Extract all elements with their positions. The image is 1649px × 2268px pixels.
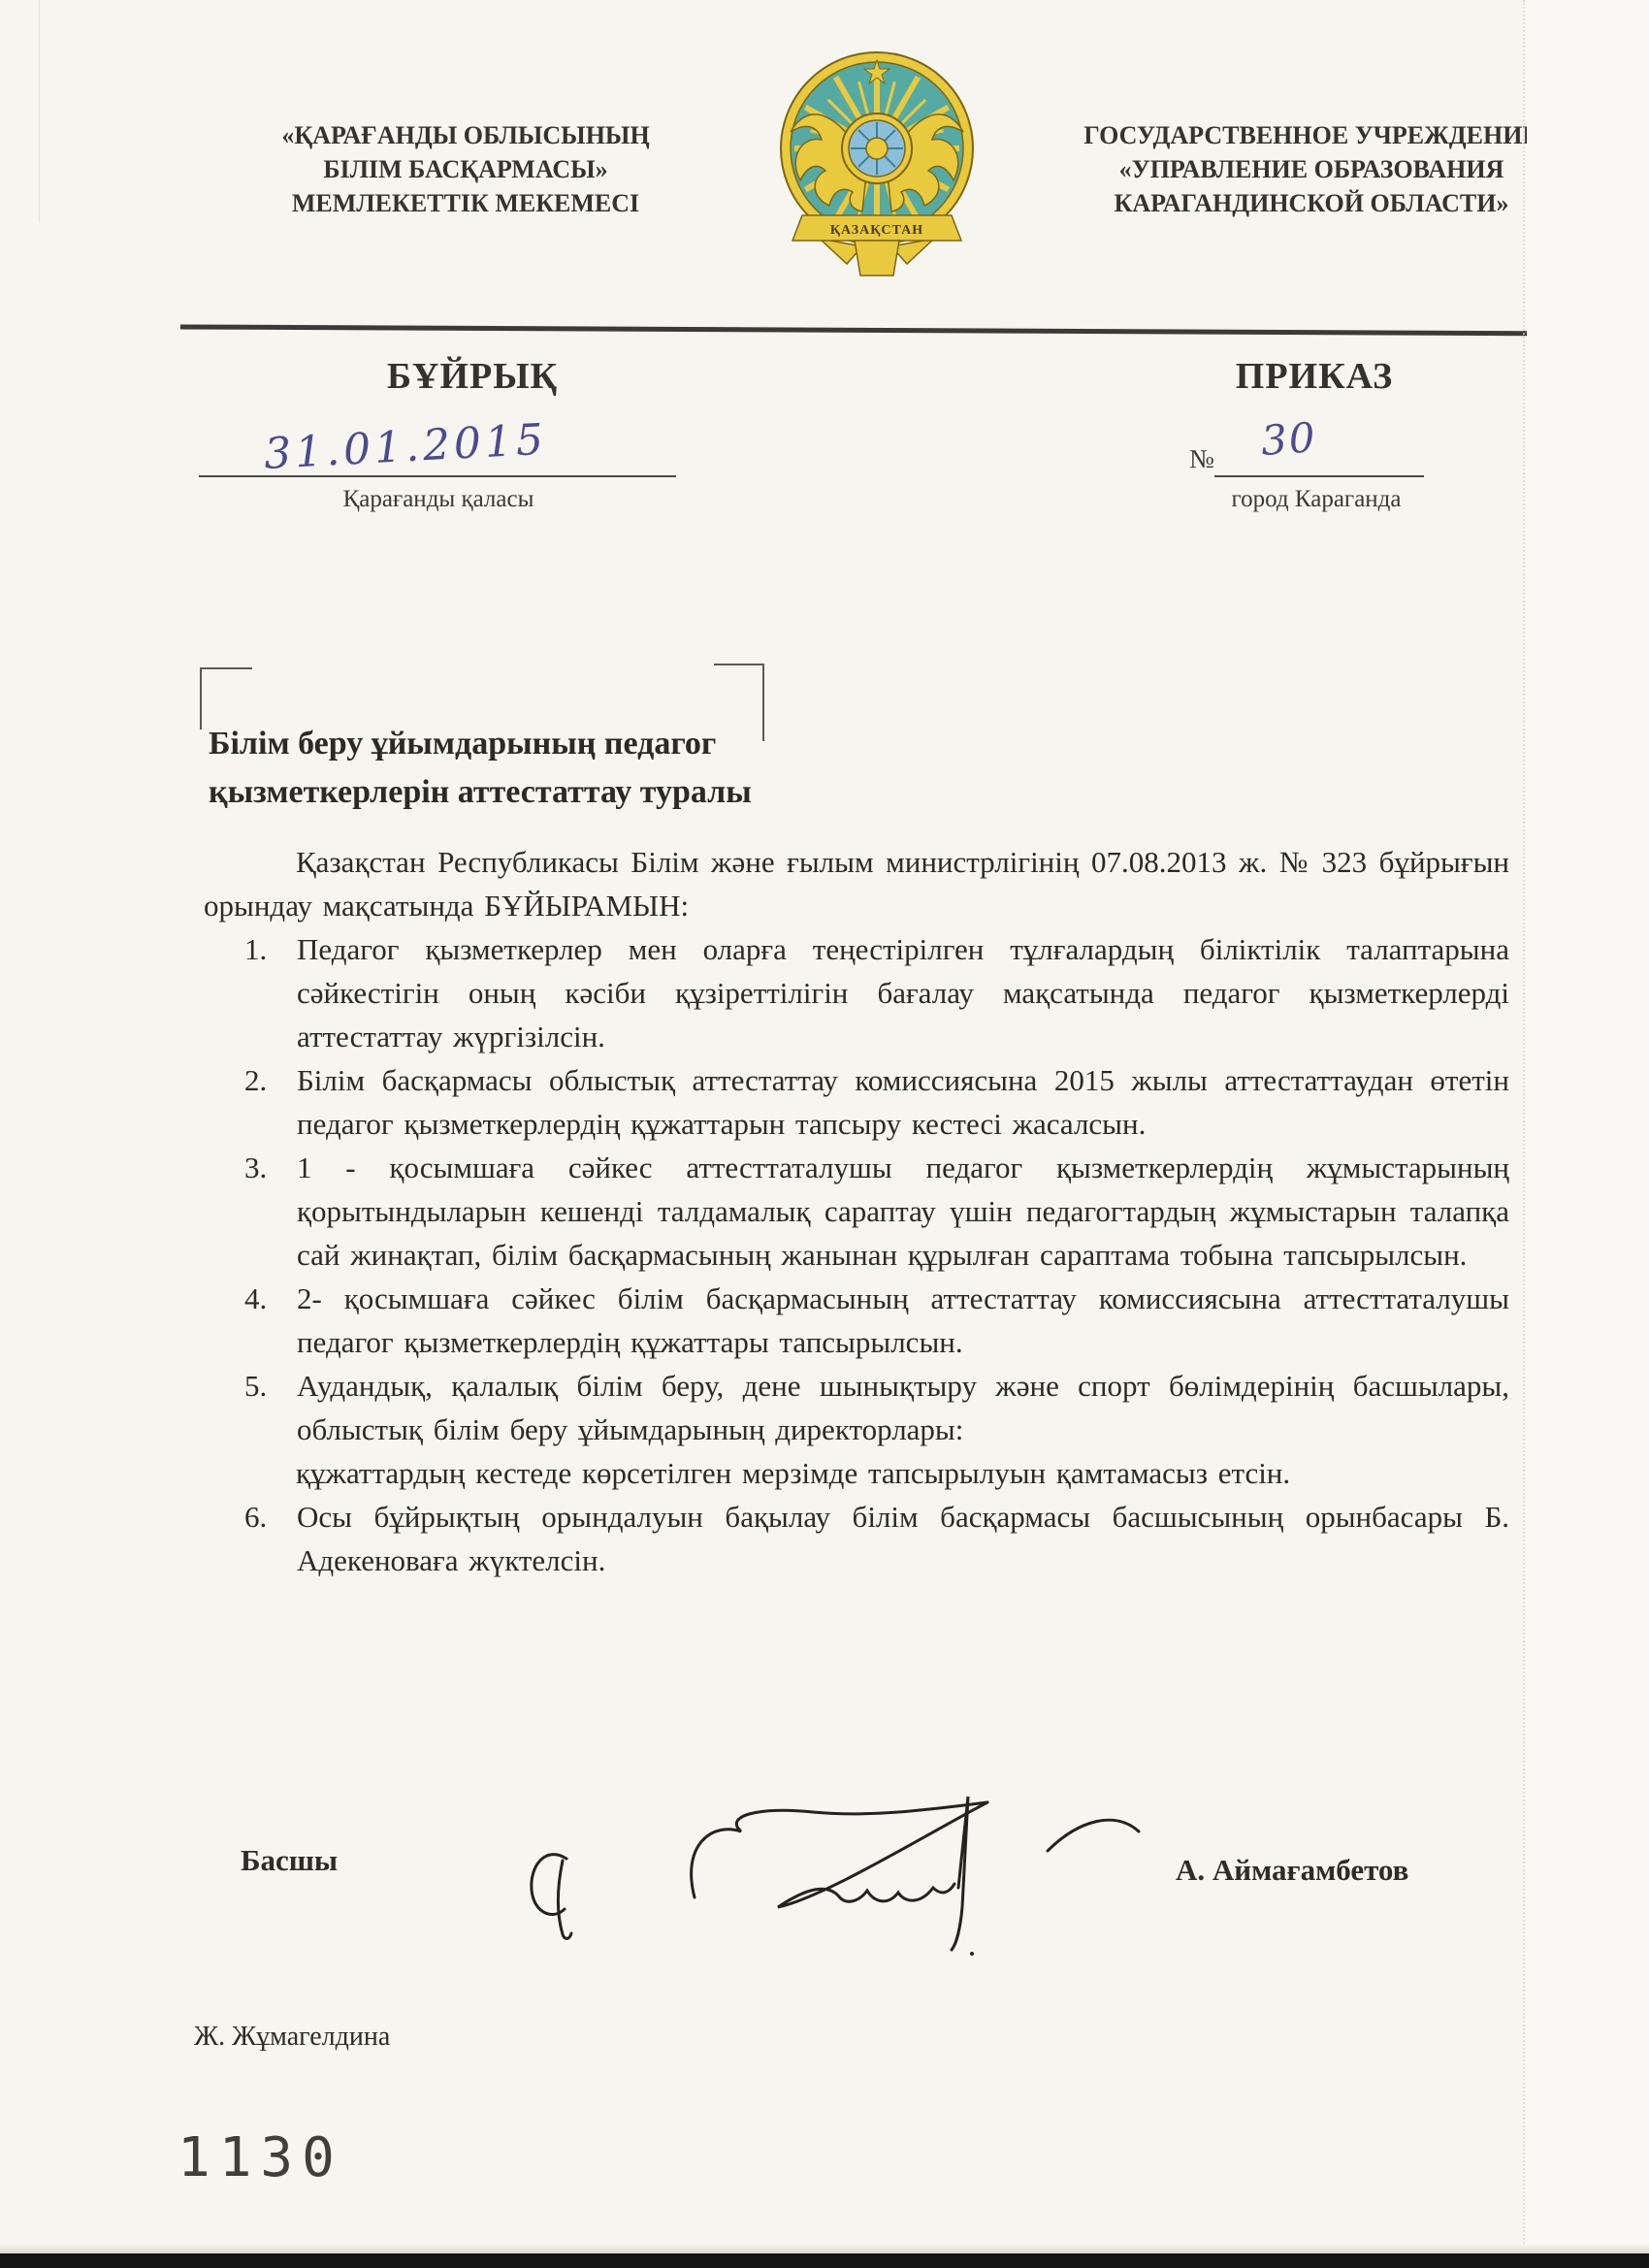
scan-edge-highlight (1527, 0, 1649, 2251)
number-underline (1214, 475, 1424, 477)
item-number: 5. (244, 1364, 267, 1408)
item-text: Педагог қызметкерлер мен оларға теңестір… (297, 932, 1509, 1053)
scan-crease (39, 0, 40, 223)
scanned-order-document: «ҚАРАҒАНДЫ ОБЛЫСЫНЫҢ БІЛІМ БАСҚАРМАСЫ» М… (0, 0, 1649, 2268)
order-subject: Білім беру ұйымдарының педагог қызметкер… (209, 720, 907, 817)
order-item-6: 6. Осы бұйрықтың орындалуын бақылау білі… (204, 1495, 1509, 1582)
handwritten-date: 31.01.2015 (263, 412, 595, 479)
item-text: Аудандық, қалалық білім беру, дене шынық… (297, 1369, 1509, 1446)
place-kazakh: Қарағанды қаласы (244, 486, 632, 513)
org-ru-line2: «УПРАВЛЕНИЕ ОБРАЗОВАНИЯ (1030, 152, 1593, 186)
order-body: Қазақстан Республикасы Білім және ғылым … (204, 840, 1509, 1582)
scan-bottom-shadow (0, 2244, 1649, 2253)
item-text: Білім басқармасы облыстық аттестаттау ко… (297, 1063, 1509, 1141)
item-number: 1. (244, 927, 267, 971)
item-text: Осы бұйрықтың орындалуын бақылау білім б… (297, 1500, 1509, 1577)
org-ru-line3: КАРАГАНДИНСКОЙ ОБЛАСТИ» (1030, 186, 1593, 220)
registration-stamp-number: 1130 (178, 2126, 343, 2189)
number-sign: № (1189, 444, 1214, 474)
kazakhstan-coat-of-arms-icon: ҚАЗАҚСТАН (769, 39, 985, 287)
org-kk-line3: МЕМЛЕКЕТТІК МЕКЕМЕСІ (145, 186, 786, 220)
org-kk-line1: «ҚАРАҒАНДЫ ОБЛЫСЫНЫҢ (145, 118, 786, 152)
order-item-5: 5. Аудандық, қалалық білім беру, дене шы… (204, 1364, 1509, 1451)
order-item-2: 2. Білім басқармасы облыстық аттестаттау… (204, 1058, 1509, 1146)
order-title-russian: ПРИКАЗ (1120, 355, 1508, 398)
order-item-4: 4. 2- қосымшаға сәйкес білім басқармасын… (204, 1277, 1509, 1364)
order-item-3: 3. 1 - қосымшаға сәйкес аттесттаталушы п… (204, 1146, 1509, 1277)
subject-line2: қызметкерлерін аттестаттау туралы (209, 768, 907, 817)
org-name-russian: ГОСУДАРСТВЕННОЕ УЧРЕЖДЕНИЕ «УПРАВЛЕНИЕ О… (1030, 118, 1593, 220)
intro-paragraph: Қазақстан Республикасы Білім және ғылым … (204, 840, 1509, 927)
org-kk-line2: БІЛІМ БАСҚАРМАСЫ» (145, 152, 786, 186)
place-russian: город Караганда (1122, 486, 1510, 513)
item-5-continuation: құжаттардың кестеде көрсетілген мерзімде… (204, 1451, 1509, 1495)
order-item-1: 1. Педагог қызметкерлер мен оларға теңес… (204, 927, 1509, 1058)
signature-ink (504, 1783, 1145, 1960)
scanner-bed-strip (0, 2253, 1649, 2268)
item-number: 2. (244, 1058, 267, 1102)
order-title-kazakh: БҰЙРЫҚ (278, 355, 666, 398)
subject-line1: Білім беру ұйымдарының педагог (209, 720, 907, 768)
org-name-kazakh: «ҚАРАҒАНДЫ ОБЛЫСЫНЫҢ БІЛІМ БАСҚАРМАСЫ» М… (145, 118, 786, 220)
item-number: 6. (244, 1495, 267, 1539)
item-number: 4. (244, 1277, 267, 1320)
item-number: 3. (244, 1146, 267, 1189)
scan-dotted-edge (1523, 0, 1525, 2251)
header-divider-line (180, 324, 1583, 336)
date-underline (199, 475, 676, 477)
signer-position-label: Басшы (241, 1843, 338, 1878)
signer-name: А. Аймағамбетов (1176, 1853, 1408, 1888)
item-text: 1 - қосымшаға сәйкес аттесттаталушы педа… (297, 1150, 1509, 1272)
item-text: 2- қосымшаға сәйкес білім басқармасының … (297, 1281, 1509, 1359)
org-ru-line1: ГОСУДАРСТВЕННОЕ УЧРЕЖДЕНИЕ (1030, 118, 1593, 152)
executor-name: Ж. Жұмагелдина (194, 2022, 390, 2053)
handwritten-order-number: 30 (1259, 413, 1318, 465)
emblem-banner-text: ҚАЗАҚСТАН (830, 223, 923, 238)
